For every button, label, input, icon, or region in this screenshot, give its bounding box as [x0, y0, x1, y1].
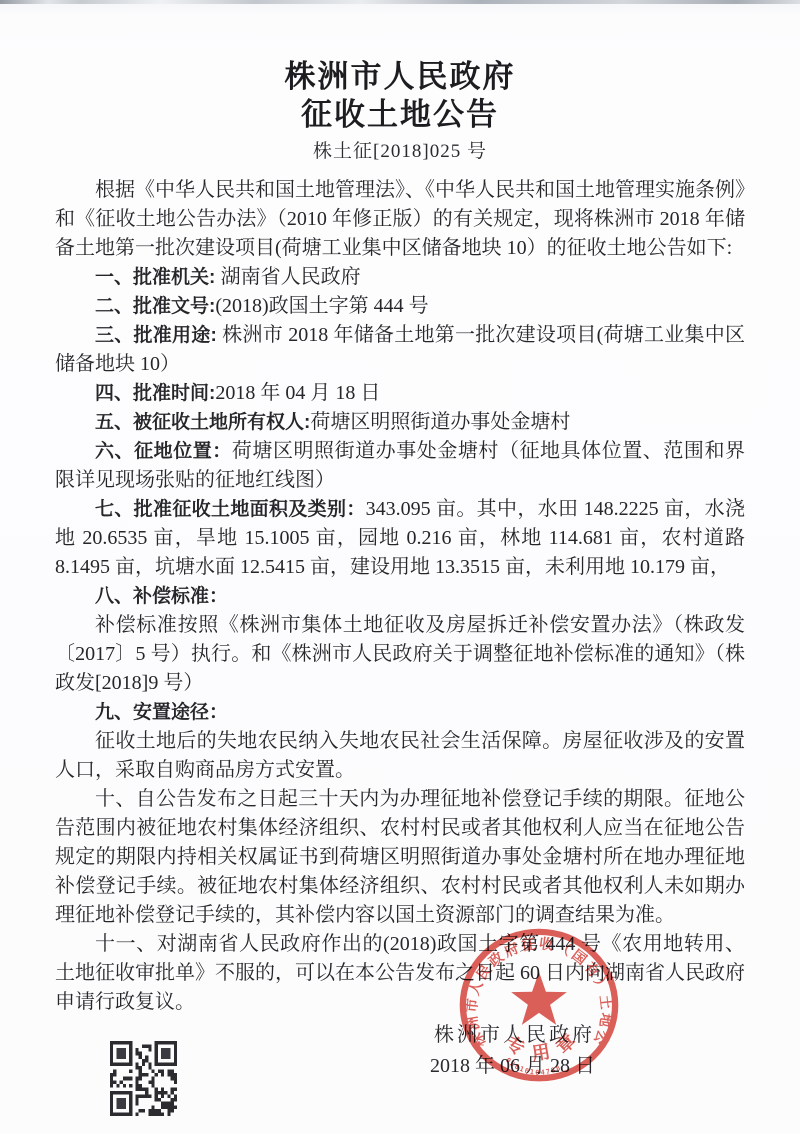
item-label: 一、批准机关: [95, 267, 221, 288]
item-text: 湖南省人民政府 [221, 266, 361, 288]
document-title-line1: 株洲市人民政府 [55, 58, 745, 96]
scanned-page: 株洲市人民政府 征收土地公告 株土征[2018]025 号 根据《中华人民共和国… [0, 0, 800, 1134]
paragraph-item-8-body: 补偿标准按照《株洲市集体土地征收及房屋拆迁补偿安置办法》（株政发〔2017〕5 … [55, 611, 745, 698]
item-text: 十一、对湖南省人民政府作出的(2018)政国土字第 444 号《农用地转用、土地… [55, 933, 745, 1013]
item-text: 荷塘区明照街道办事处金塘村 [310, 411, 570, 433]
paragraph-item-2: 二、批准文号:(2018)政国土字第 444 号 [55, 292, 745, 321]
item-text: 十、自公告发布之日起三十天内为办理征地补偿登记手续的期限。征地公告范围内被征地农… [55, 788, 745, 926]
item-label: 七、批准征收土地面积及类别： [95, 499, 366, 520]
item-text: 根据《中华人民共和国土地管理法》、《中华人民共和国土地管理实施条例》和《征收土地… [55, 179, 745, 259]
paragraph-item-4: 四、批准时间:2018 年 04 月 18 日 [55, 379, 745, 408]
item-label: 二、批准文号: [95, 296, 215, 317]
item-label: 六、征地位置： [95, 441, 232, 462]
paragraph-item-3: 三、批准用途: 株洲市 2018 年储备土地第一批次建设项目(荷塘工业集中区储备… [55, 321, 745, 379]
item-label: 八、补偿标准： [95, 586, 228, 607]
document-title-line2: 征收土地公告 [55, 96, 745, 134]
item-text: 2018 年 04 月 18 日 [215, 382, 380, 404]
paragraph-item-10: 十、自公告发布之日起三十天内为办理征地补偿登记手续的期限。征地公告范围内被征地农… [55, 785, 745, 930]
qr-code [110, 1041, 177, 1116]
item-label: 五、被征收土地所有权人: [95, 412, 310, 433]
paragraph-item-9-body: 征收土地后的失地农民纳入失地农民社会生活保障。房屋征收涉及的安置人口，采取自购商… [55, 727, 745, 785]
item-text: (2018)政国土字第 444 号 [215, 295, 428, 317]
paragraph-item-6: 六、征地位置：荷塘区明照街道办事处金塘村（征地具体位置、范围和界限详见现场张贴的… [55, 437, 745, 495]
item-label: 三、批准用途: [95, 325, 222, 346]
scan-artifact-top-edge [0, 0, 800, 4]
item-label: 四、批准时间: [95, 383, 215, 404]
paragraph-item-7: 七、批准征收土地面积及类别：343.095 亩。其中，水田 148.2225 亩… [55, 495, 745, 582]
document-number: 株土征[2018]025 号 [55, 139, 745, 165]
paragraph-item-11: 十一、对湖南省人民政府作出的(2018)政国土字第 444 号《农用地转用、土地… [55, 930, 745, 1017]
item-text: 补偿标准按照《株洲市集体土地征收及房屋拆迁补偿安置办法》（株政发〔2017〕5 … [55, 614, 745, 694]
paragraph-item-5: 五、被征收土地所有权人:荷塘区明照街道办事处金塘村 [55, 408, 745, 437]
document-body: 根据《中华人民共和国土地管理法》、《中华人民共和国土地管理实施条例》和《征收土地… [55, 176, 745, 1017]
item-label: 九、安置途径： [95, 702, 228, 723]
paragraph-item-9-heading: 九、安置途径： [55, 698, 745, 727]
item-text: 征收土地后的失地农民纳入失地农民社会生活保障。房屋征收涉及的安置人口，采取自购商… [55, 730, 745, 781]
paragraph-item-8-heading: 八、补偿标准： [55, 582, 745, 611]
paragraph-intro: 根据《中华人民共和国土地管理法》、《中华人民共和国土地管理实施条例》和《征收土地… [55, 176, 745, 263]
paragraph-item-1: 一、批准机关: 湖南省人民政府 [55, 263, 745, 292]
announcement-document: 株洲市人民政府 征收土地公告 株土征[2018]025 号 根据《中华人民共和国… [55, 58, 745, 1082]
